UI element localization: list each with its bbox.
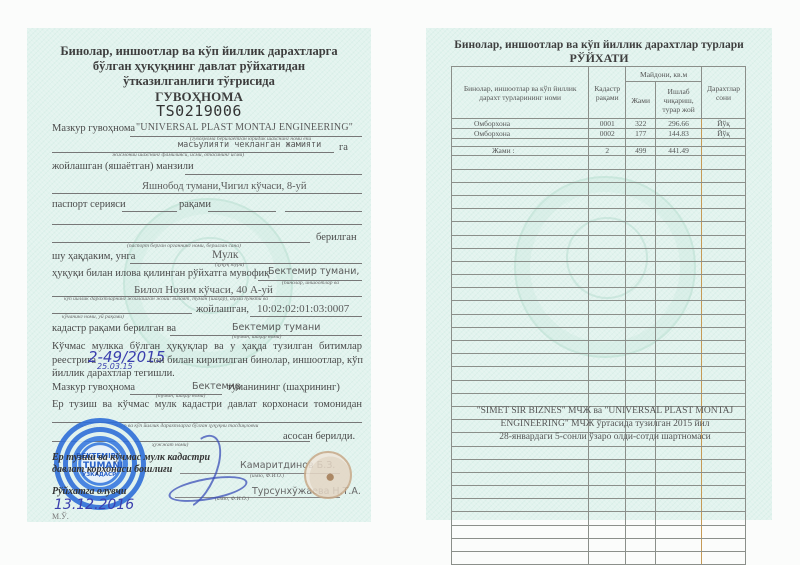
cell-name xyxy=(452,222,589,235)
cell-area-production xyxy=(656,288,702,301)
underline xyxy=(130,263,362,264)
registry-suffix: сон билан киритилган бинолар, иншоотлар,… xyxy=(149,355,363,366)
cell-area-production xyxy=(656,156,702,169)
cell-name xyxy=(452,327,589,340)
cell-area-total: 177 xyxy=(626,129,656,139)
entity-type-hint: жисмоний шахснинг фамилияси, исми, отаси… xyxy=(112,152,244,158)
table-row-empty xyxy=(452,301,746,314)
cell-area-production xyxy=(656,367,702,380)
cell-name xyxy=(452,314,589,327)
cell-name xyxy=(452,486,589,499)
cell-name: Омборхона xyxy=(452,129,589,139)
table-row-empty xyxy=(452,499,746,512)
cell-cadastre xyxy=(589,499,626,512)
district-value: Бектемир тумани, xyxy=(268,266,359,277)
cell-trees xyxy=(702,354,746,367)
cell-area-production xyxy=(656,380,702,393)
cell-name xyxy=(452,139,589,147)
director-hint: (имзо, Ф.И.О.) xyxy=(250,473,284,479)
table-row-empty xyxy=(452,486,746,499)
cell-cadastre xyxy=(589,209,626,222)
director-title-line-2: давлат корхонаси бошлиғи xyxy=(52,464,172,475)
cell-name xyxy=(452,288,589,301)
serial-number: TS0219006 xyxy=(27,102,371,120)
cell-trees xyxy=(702,139,746,147)
cell-cadastre xyxy=(589,341,626,354)
passport-number-field[interactable] xyxy=(208,211,276,212)
cell-area-production xyxy=(656,169,702,182)
document-hint: ҳужжат номи) xyxy=(152,442,188,448)
cell-area-production xyxy=(656,552,702,565)
underline xyxy=(52,224,362,225)
cell-area-total xyxy=(626,486,656,499)
cell-area-production xyxy=(656,446,702,459)
cell-trees xyxy=(702,275,746,288)
round-seal xyxy=(304,451,352,499)
header-area-total: Жами xyxy=(626,82,656,119)
cell-area-total xyxy=(626,459,656,472)
address-value: Яшнобод тумани,Чигил кўчаси, 8-уй xyxy=(142,181,307,192)
certificate-district-suffix: туманининг (шаҳрининг) xyxy=(227,382,340,393)
cell-name xyxy=(452,499,589,512)
header-name: Бинолар, иншоотлар ва кўп йиллик дарахт … xyxy=(452,67,589,119)
cell-trees xyxy=(702,459,746,472)
cell-name xyxy=(452,380,589,393)
cell-area-production: 144.83 xyxy=(656,129,702,139)
table-row-empty xyxy=(452,248,746,261)
street-hint-2: кўчанинг номи, уй рақами) xyxy=(62,314,124,320)
contract-note: "SIMET SIR BIZNES" МЧЖ ва "UNIVERSAL PLA… xyxy=(440,405,770,444)
cell-trees xyxy=(702,182,746,195)
right-type-label: шу ҳақдаким, унга xyxy=(52,251,135,262)
cell-cadastre xyxy=(589,486,626,499)
cell-area-total xyxy=(626,195,656,208)
table-row-empty xyxy=(452,235,746,248)
cell-area-total xyxy=(626,525,656,538)
cell-trees xyxy=(702,288,746,301)
cell-area-total xyxy=(626,169,656,182)
cell-trees xyxy=(702,156,746,169)
cadastre-district-value: Бектемир тумани xyxy=(232,322,320,333)
street-value: Билол Нозим кўчаси, 40 А-уй xyxy=(134,284,273,296)
cell-area-total xyxy=(626,182,656,195)
header-cadastre: Кадастр рақами xyxy=(589,67,626,119)
cell-trees xyxy=(702,512,746,525)
table-row-empty xyxy=(452,380,746,393)
cell-area-total xyxy=(626,341,656,354)
cell-name xyxy=(452,367,589,380)
cell-area-total xyxy=(626,367,656,380)
cell-area-total xyxy=(626,327,656,340)
table-row-empty xyxy=(452,288,746,301)
cell-name: Жами : xyxy=(452,147,589,156)
cell-name xyxy=(452,169,589,182)
cell-cadastre xyxy=(589,512,626,525)
issued-by-suffix: берилган xyxy=(316,232,357,243)
cell-cadastre xyxy=(589,354,626,367)
cell-name xyxy=(452,459,589,472)
cell-trees xyxy=(702,314,746,327)
cell-area-production xyxy=(656,459,702,472)
cell-name xyxy=(452,552,589,565)
cell-cadastre xyxy=(589,446,626,459)
header-area-production: Ишлаб чиқариш, турар жой xyxy=(656,82,702,119)
cell-cadastre xyxy=(589,182,626,195)
note-line: "SIMET SIR BIZNES" МЧЖ ва "UNIVERSAL PLA… xyxy=(440,405,770,418)
title-line: Бинолар, иншоотлар ва кўп йиллик дарахтл… xyxy=(27,44,371,59)
cell-area-production xyxy=(656,486,702,499)
underline xyxy=(52,193,362,194)
cell-name xyxy=(452,538,589,551)
cell-area-total xyxy=(626,538,656,551)
cell-cadastre: 0002 xyxy=(589,129,626,139)
table-row-empty xyxy=(452,472,746,485)
table-row-empty xyxy=(452,446,746,459)
table-row-empty xyxy=(452,512,746,525)
cell-cadastre xyxy=(589,222,626,235)
cell-cadastre xyxy=(589,380,626,393)
cell-cadastre xyxy=(589,327,626,340)
cell-name xyxy=(452,341,589,354)
cell-trees xyxy=(702,301,746,314)
cell-area-production xyxy=(656,248,702,261)
cell-area-total: 499 xyxy=(626,147,656,156)
cell-area-total xyxy=(626,314,656,327)
cell-cadastre xyxy=(589,235,626,248)
cell-trees xyxy=(702,499,746,512)
table-row: Омборхона0002177144.83Йўқ xyxy=(452,129,746,139)
cell-area-production xyxy=(656,261,702,274)
cell-name xyxy=(452,525,589,538)
cell-area-production: 296.66 xyxy=(656,119,702,129)
cell-area-production xyxy=(656,354,702,367)
cell-area-total xyxy=(626,354,656,367)
cell-cadastre xyxy=(589,472,626,485)
cell-cadastre xyxy=(589,261,626,274)
note-line: ENGINEERING" МЧЖ ўртасида тузилган 2015 … xyxy=(440,418,770,431)
table-row-empty xyxy=(452,327,746,340)
table-row-empty xyxy=(452,314,746,327)
cell-cadastre xyxy=(589,195,626,208)
cell-cadastre: 0001 xyxy=(589,119,626,129)
issued-to-label: Мазкур гувоҳнома xyxy=(52,123,135,134)
cell-trees xyxy=(702,472,746,485)
enterprise-line: Ер тузиш ва кўчмас мулк кадастри давлат … xyxy=(52,399,362,410)
cell-trees xyxy=(702,367,746,380)
table-row-empty xyxy=(452,195,746,208)
cell-cadastre xyxy=(589,314,626,327)
header-area-group: Майдони, кв.м xyxy=(626,67,702,82)
cadastre-district-hint: (туман, шаҳар номи) xyxy=(232,334,281,340)
cell-area-production xyxy=(656,222,702,235)
cell-trees xyxy=(702,235,746,248)
cell-trees xyxy=(702,195,746,208)
cell-name xyxy=(452,156,589,169)
cell-name xyxy=(452,235,589,248)
cell-area-total xyxy=(626,446,656,459)
title-line: ўтказилганлиги тўғрисида xyxy=(27,74,371,89)
cell-area-total xyxy=(626,248,656,261)
certificate-title: Бинолар, иншоотлар ва кўп йиллик дарахтл… xyxy=(27,44,371,89)
cell-name xyxy=(452,195,589,208)
cell-area-total xyxy=(626,235,656,248)
cell-name xyxy=(452,512,589,525)
header-trees: Дарахтлар сони xyxy=(702,67,746,119)
cell-trees xyxy=(702,486,746,499)
basis-suffix: асосан берилди. xyxy=(283,431,355,442)
table-row-empty xyxy=(452,367,746,380)
cell-trees xyxy=(702,209,746,222)
cell-area-total: 322 xyxy=(626,119,656,129)
cell-name xyxy=(452,354,589,367)
cell-area-production xyxy=(656,525,702,538)
cell-name xyxy=(452,446,589,459)
cell-trees xyxy=(702,147,746,156)
cell-name xyxy=(452,261,589,274)
table-row-empty xyxy=(452,156,746,169)
cell-cadastre xyxy=(589,248,626,261)
cell-name xyxy=(452,209,589,222)
entity-type-value: масъулияти чекланган жамияти xyxy=(178,140,321,150)
cell-area-total xyxy=(626,156,656,169)
according-label: ҳуқуқи билан илова қилинган рўйхатга мув… xyxy=(52,268,269,279)
cell-area-total xyxy=(626,472,656,485)
cell-area-total xyxy=(626,261,656,274)
cell-area-production xyxy=(656,275,702,288)
cadastre-number-value: 10:02:02:01:03:0007 xyxy=(257,303,349,315)
table-row-empty xyxy=(452,169,746,182)
cadastre-label: кадастр рақами берилган ва xyxy=(52,323,176,334)
cell-area-production xyxy=(656,209,702,222)
located-label: жойлашган, xyxy=(196,304,249,315)
cell-area-production xyxy=(656,195,702,208)
right-type-value: Мулк xyxy=(212,249,239,261)
cell-cadastre: 2 xyxy=(589,147,626,156)
table-row-empty xyxy=(452,209,746,222)
district-hint: (бинолар, иншоотлар ва xyxy=(282,280,339,286)
table-row-empty xyxy=(452,222,746,235)
cell-trees xyxy=(702,341,746,354)
issued-to-value: "UNIVERSAL PLAST MONTAJ ENGINEERING" xyxy=(136,122,353,133)
cell-cadastre xyxy=(589,525,626,538)
cell-area-total xyxy=(626,512,656,525)
cell-name xyxy=(452,182,589,195)
cell-cadastre xyxy=(589,156,626,169)
registry-line-3: йиллик дарахтлар тегишли. xyxy=(52,368,175,379)
seal-label: М.Ў. xyxy=(52,512,69,521)
table-row-empty xyxy=(452,552,746,565)
cell-name xyxy=(452,248,589,261)
cell-area-total xyxy=(626,222,656,235)
note-line: 28-январдаги 5-сонли ўзаро олди-сотди ша… xyxy=(440,431,770,444)
title-line: бўлган ҳуқуқнинг давлат рўйхатидан xyxy=(27,59,371,74)
cell-trees xyxy=(702,446,746,459)
cell-area-production xyxy=(656,235,702,248)
passport-series-label: паспорт серияси xyxy=(52,199,126,210)
cell-area-total xyxy=(626,209,656,222)
list-subtitle: РЎЙХАТИ xyxy=(426,51,772,66)
cell-area-production xyxy=(656,301,702,314)
registrar-title: Рўйхатга олувчи xyxy=(52,486,126,497)
cell-cadastre xyxy=(589,288,626,301)
cell-trees xyxy=(702,169,746,182)
table-row-empty xyxy=(452,354,746,367)
cell-name xyxy=(452,472,589,485)
cell-cadastre xyxy=(589,459,626,472)
entity-type-suffix: га xyxy=(339,142,348,153)
table-row-empty xyxy=(452,182,746,195)
cell-area-total xyxy=(626,499,656,512)
cell-area-production xyxy=(656,512,702,525)
cell-cadastre xyxy=(589,552,626,565)
cell-area-production xyxy=(656,341,702,354)
cell-trees xyxy=(702,222,746,235)
date-handwritten: 13.12.2016 xyxy=(54,497,134,513)
certificate-label: Мазкур гувоҳнома xyxy=(52,382,135,393)
cell-trees xyxy=(702,552,746,565)
cell-cadastre xyxy=(589,169,626,182)
address-label: жойлашган (яшаётган) манзили xyxy=(52,161,194,172)
cell-area-production xyxy=(656,182,702,195)
table-total-row: Жами :2499441.49 xyxy=(452,147,746,156)
passport-number-label: рақами xyxy=(179,199,211,210)
table-row-empty xyxy=(452,538,746,551)
street-hint: кўп йиллик дарахтларнинг жойлашган жойи:… xyxy=(64,296,268,302)
cell-trees xyxy=(702,525,746,538)
cell-trees xyxy=(702,380,746,393)
cell-area-total xyxy=(626,552,656,565)
cell-area-production: 441.49 xyxy=(656,147,702,156)
cell-name: Омборхона xyxy=(452,119,589,129)
cell-trees xyxy=(702,538,746,551)
cell-area-production xyxy=(656,472,702,485)
cell-cadastre xyxy=(589,301,626,314)
cell-trees xyxy=(702,327,746,340)
cell-trees xyxy=(702,248,746,261)
table-row-empty xyxy=(452,341,746,354)
passport-series-field[interactable] xyxy=(122,211,177,212)
underline xyxy=(250,316,362,317)
cell-name xyxy=(452,301,589,314)
cell-trees: Йўқ xyxy=(702,119,746,129)
table-row-empty xyxy=(452,275,746,288)
cell-cadastre xyxy=(589,275,626,288)
cell-area-total xyxy=(626,275,656,288)
cell-trees: Йўқ xyxy=(702,129,746,139)
cell-cadastre xyxy=(589,367,626,380)
underline xyxy=(285,211,362,212)
cell-cadastre xyxy=(589,538,626,551)
table-row-empty xyxy=(452,525,746,538)
table-row-empty xyxy=(452,261,746,274)
cell-area-total xyxy=(626,380,656,393)
table-row: Омборхона0001322296.66Йўқ xyxy=(452,119,746,129)
cell-name xyxy=(452,275,589,288)
cell-area-production xyxy=(656,327,702,340)
cell-area-total xyxy=(626,301,656,314)
cell-area-total xyxy=(626,288,656,301)
cell-trees xyxy=(702,261,746,274)
underline xyxy=(185,174,362,175)
cell-area-production xyxy=(656,538,702,551)
cell-area-production xyxy=(656,499,702,512)
table-row-empty xyxy=(452,459,746,472)
property-table: Бинолар, иншоотлар ва кўп йиллик дарахт … xyxy=(451,66,746,565)
cell-area-production xyxy=(656,314,702,327)
